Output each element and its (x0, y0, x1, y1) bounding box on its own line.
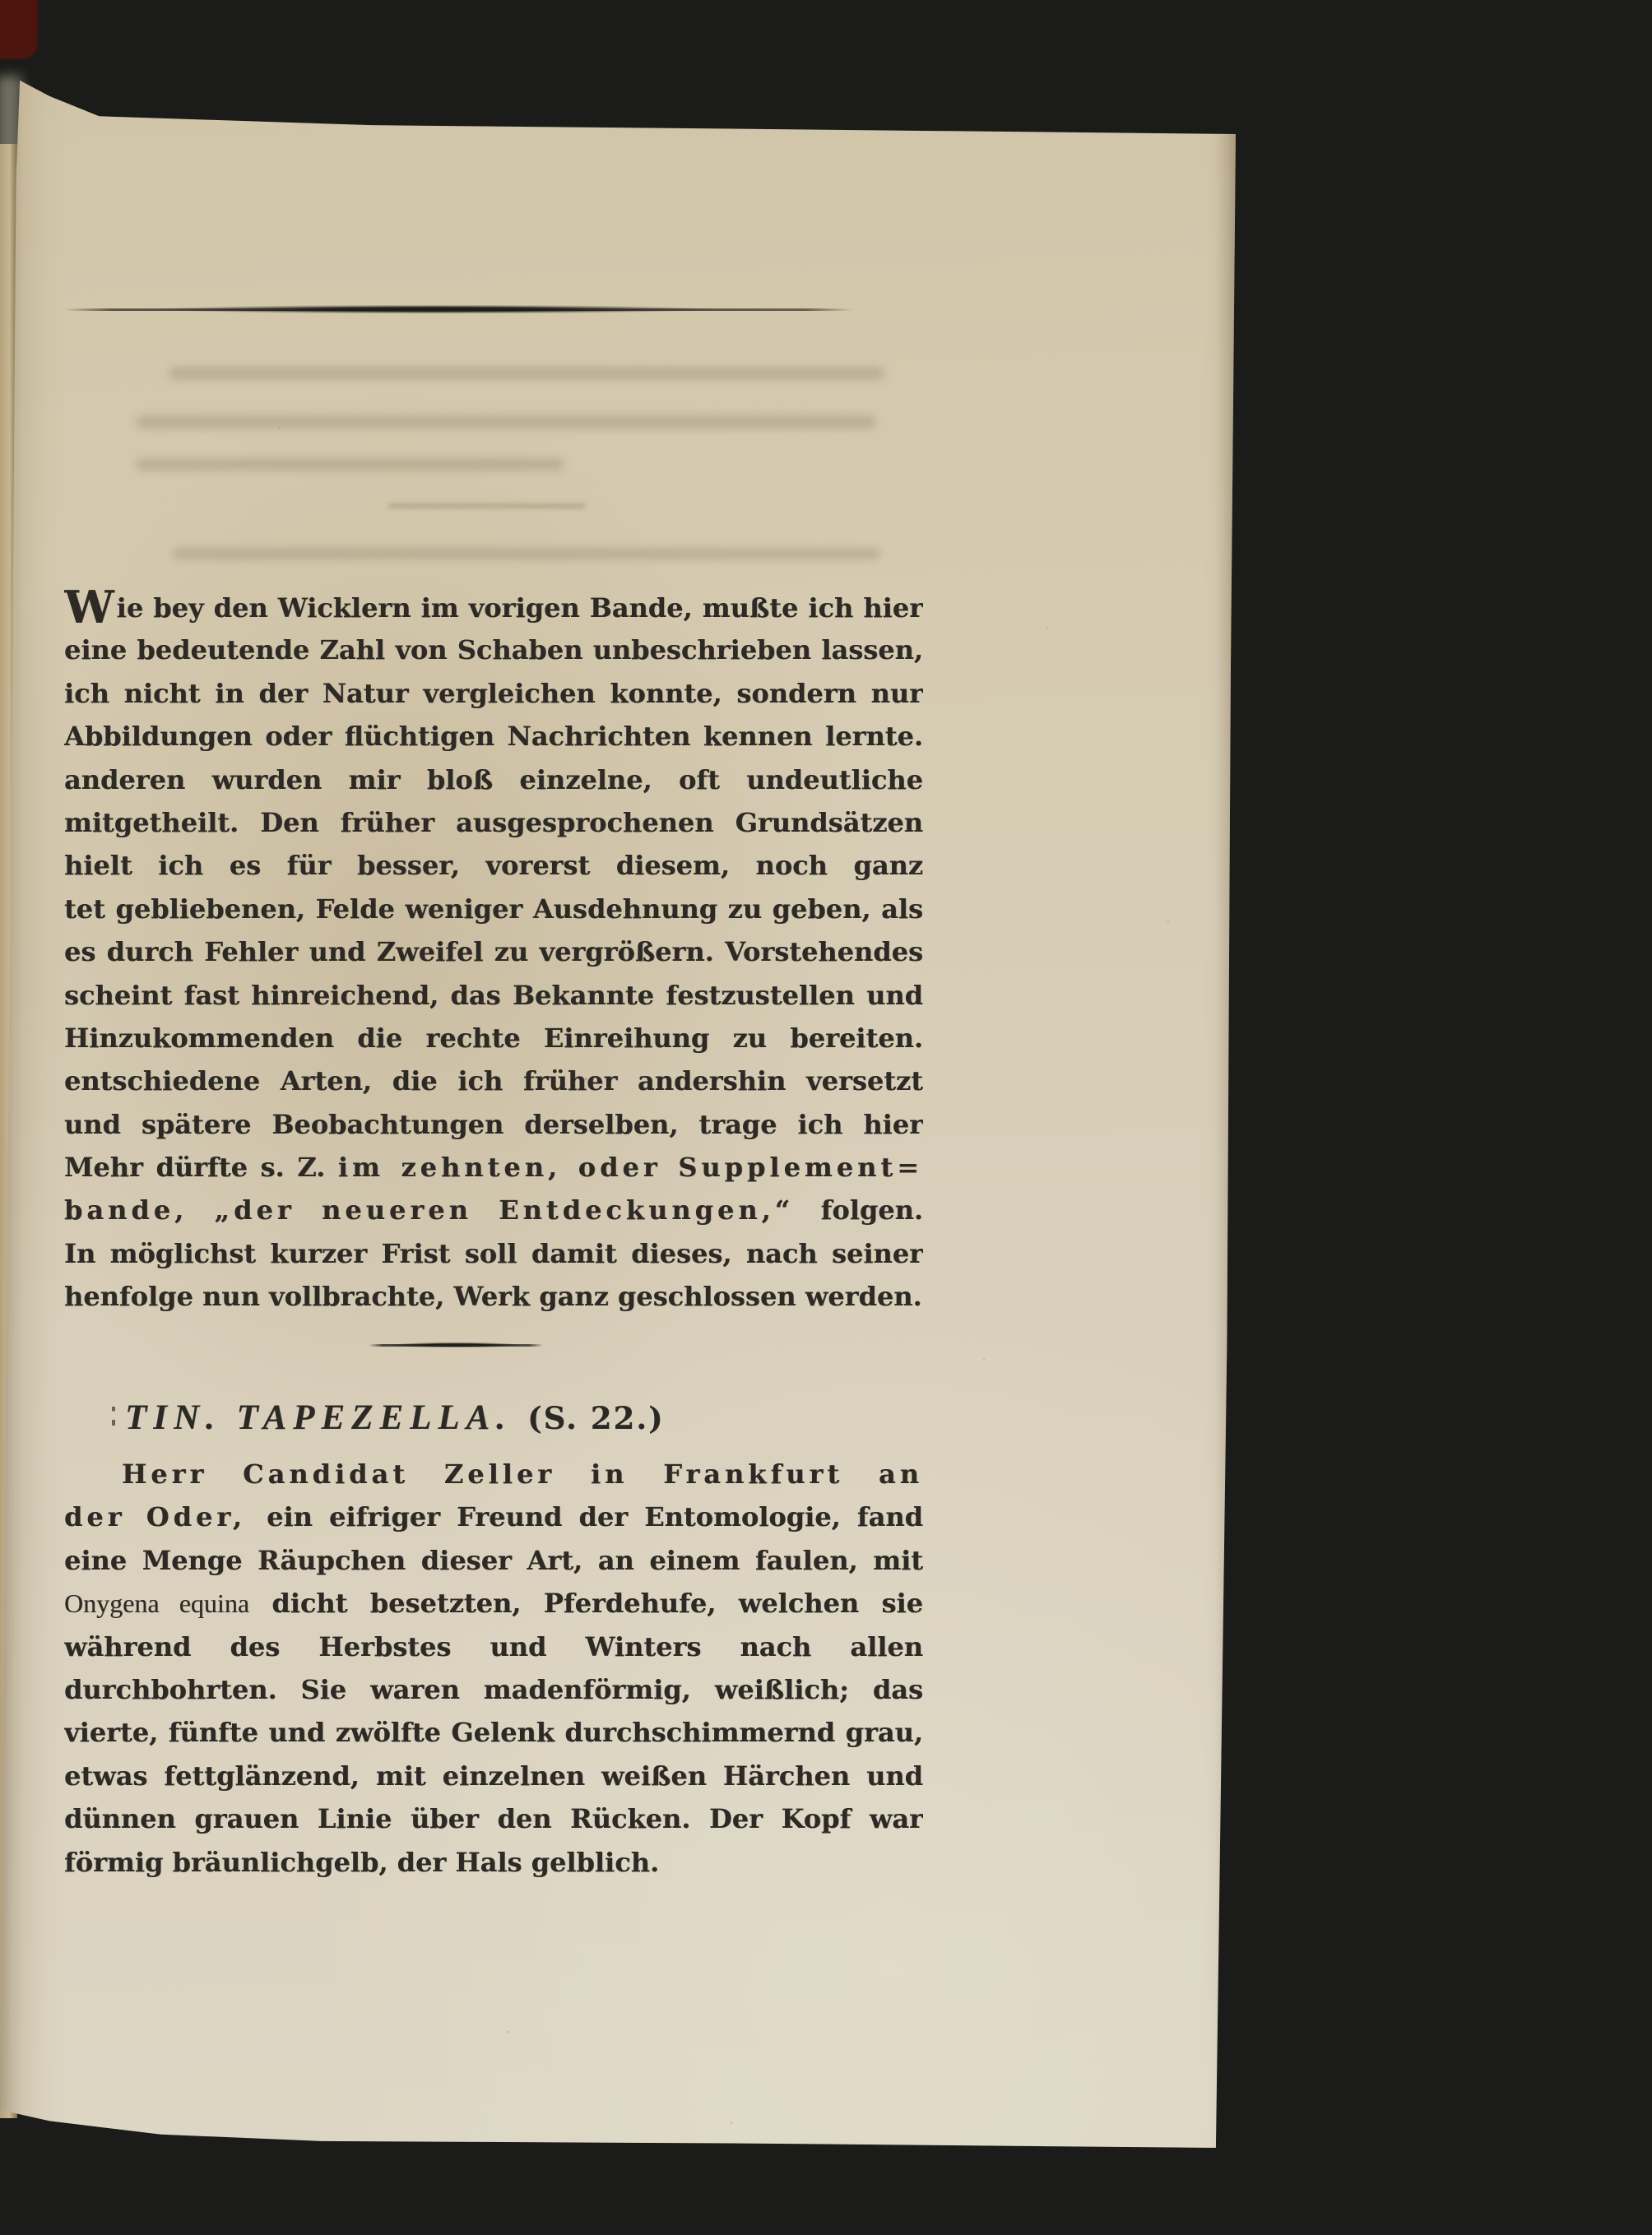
emphasized-text-run: der Oder, (64, 1501, 267, 1533)
screenshot-root: { "colors": { "background": "#1b1b19", "… (0, 0, 1652, 2235)
text-line: dünnen grauen Linie über den Rücken. Der… (64, 1797, 923, 1840)
text-line: der Oder, ein eifriger Freund der Entomo… (64, 1495, 923, 1538)
text-run: ein eifriger Freund der Entomologie, fan… (267, 1501, 923, 1533)
text-line: tet gebliebenen, Felde weniger Ausdehnun… (64, 888, 923, 930)
text-run: scheint fast hinreichend, das Bekannte f… (64, 980, 923, 1017)
text-run: entschiedene Arten, die ich früher ander… (64, 1065, 923, 1102)
text-line: henfolge nun vollbrachte, Werk ganz gesc… (64, 1275, 923, 1318)
text-run: hielt ich es für besser, vorerst diesem,… (64, 850, 923, 887)
text-run: ie bey den Wicklern im vorigen Bande, mu… (117, 592, 923, 624)
text-line: Herr Candidat Zeller in Frankfurt an (64, 1453, 923, 1495)
text-run: Hinzukommenden die rechte Einreihung zu … (64, 1022, 923, 1060)
book-scan: Wie bey den Wicklern im vorigen Bande, m… (0, 0, 1652, 2235)
text-run: anderen wurden mir bloß einzelne, oft un… (64, 764, 923, 801)
text-run: folgen. (821, 1194, 923, 1226)
text-run: tet gebliebenen, Felde weniger Ausdehnun… (64, 893, 923, 925)
text-run: etwas fettglänzend, mit einzelnen weißen… (64, 1760, 923, 1797)
text-run: vierte, fünfte und zwölfte Gelenk durchs… (64, 1717, 923, 1754)
text-line: ich nicht in der Natur vergleichen konnt… (64, 672, 923, 715)
text-run: und spätere Beobachtungen derselben, tra… (64, 1109, 923, 1146)
emphasized-text-run: Herr Candidat Zeller in Frankfurt an (122, 1458, 923, 1490)
section-divider-rule (369, 1341, 543, 1349)
text-run: henfolge nun vollbrachte, Werk ganz gesc… (64, 1281, 922, 1312)
text-run: es durch Fehler und Zweifel zu vergrößer… (64, 936, 923, 967)
text-line: bande, „der neueren Entdeckungen,“ folge… (64, 1189, 923, 1231)
drop-cap-w: W (64, 586, 114, 628)
text-run: dicht besetzten, Pferdehufe, welchen sie (249, 1588, 923, 1619)
text-line: anderen wurden mir bloß einzelne, oft un… (64, 758, 923, 801)
page-reference: (S. 22.) (527, 1400, 665, 1436)
showthrough-text-line (136, 458, 564, 471)
header-rule (64, 303, 852, 316)
text-run: dünnen grauen Linie über den Rücken. Der… (64, 1803, 923, 1840)
text-run: Abbildungen oder flüchtigen Nachrichten … (64, 721, 923, 758)
text-run: während des Herbstes und Winters nach al… (64, 1631, 923, 1668)
text-line: Wie bey den Wicklern im vorigen Bande, m… (64, 586, 923, 628)
text-line: förmig bräunlichgelb, der Hals gelblich. (64, 1841, 923, 1884)
text-run: Mehr dürfte s. Z. (64, 1152, 338, 1183)
book-page: Wie bey den Wicklern im vorigen Bande, m… (0, 0, 1238, 2235)
text-line: Abbildungen oder flüchtigen Nachrichten … (64, 715, 923, 758)
intro-paragraph: Wie bey den Wicklern im vorigen Bande, m… (64, 586, 923, 1319)
text-line: hielt ich es für besser, vorerst diesem,… (64, 844, 923, 887)
text-line: mitgetheilt. Den früher ausgesprochenen … (64, 801, 923, 844)
text-line: eine Menge Räupchen dieser Art, an einem… (64, 1539, 923, 1582)
text-line: Hinzukommenden die rechte Einreihung zu … (64, 1017, 923, 1060)
text-line: Mehr dürfte s. Z. im zehnten, oder Suppl… (64, 1146, 923, 1189)
text-line: es durch Fehler und Zweifel zu vergrößer… (64, 930, 923, 973)
species-heading: TIN. TAPEZELLA. (S. 22.) (125, 1393, 665, 1443)
showthrough-text-line (169, 367, 884, 380)
latin-species-run: Onygena equina (64, 1588, 249, 1618)
showthrough-text-line (173, 548, 880, 559)
text-run: eine bedeutende Zahl von Schaben unbesch… (64, 634, 923, 671)
text-line: während des Herbstes und Winters nach al… (64, 1625, 923, 1668)
text-line: etwas fettglänzend, mit einzelnen weißen… (64, 1755, 923, 1797)
emphasized-text-run: im zehnten, oder Supplement= (338, 1152, 923, 1183)
text-line: entschiedene Arten, die ich früher ander… (64, 1060, 923, 1102)
text-line: eine bedeutende Zahl von Schaben unbesch… (64, 628, 923, 671)
text-run: mitgetheilt. Den früher ausgesprochenen … (64, 807, 923, 844)
spine-red-fragment (0, 0, 38, 59)
showthrough-rule (388, 503, 586, 508)
text-line: vierte, fünfte und zwölfte Gelenk durchs… (64, 1711, 923, 1754)
text-run: In möglichst kurzer Frist soll damit die… (64, 1238, 923, 1275)
text-line: In möglichst kurzer Frist soll damit die… (64, 1232, 923, 1275)
species-name: TIN. TAPEZELLA. (125, 1398, 512, 1437)
text-line: durchbohrten. Sie waren madenförmig, wei… (64, 1668, 923, 1711)
text-run: durchbohrten. Sie waren madenförmig, wei… (64, 1674, 923, 1711)
text-run: ich nicht in der Natur vergleichen konnt… (64, 678, 923, 715)
description-paragraph: Herr Candidat Zeller in Frankfurt an der… (64, 1453, 923, 1884)
text-run: förmig bräunlichgelb, der Hals gelblich. (64, 1847, 659, 1878)
text-line: und spätere Beobachtungen derselben, tra… (64, 1103, 923, 1146)
text-line: scheint fast hinreichend, das Bekannte f… (64, 974, 923, 1017)
text-run: eine Menge Räupchen dieser Art, an einem… (64, 1545, 923, 1576)
text-line: Onygena equina dicht besetzten, Pferdehu… (64, 1582, 923, 1625)
showthrough-text-line (136, 415, 876, 429)
emphasized-text-run: bande, „der neueren Entdeckungen,“ (64, 1194, 821, 1226)
ink-mark (112, 1407, 115, 1428)
